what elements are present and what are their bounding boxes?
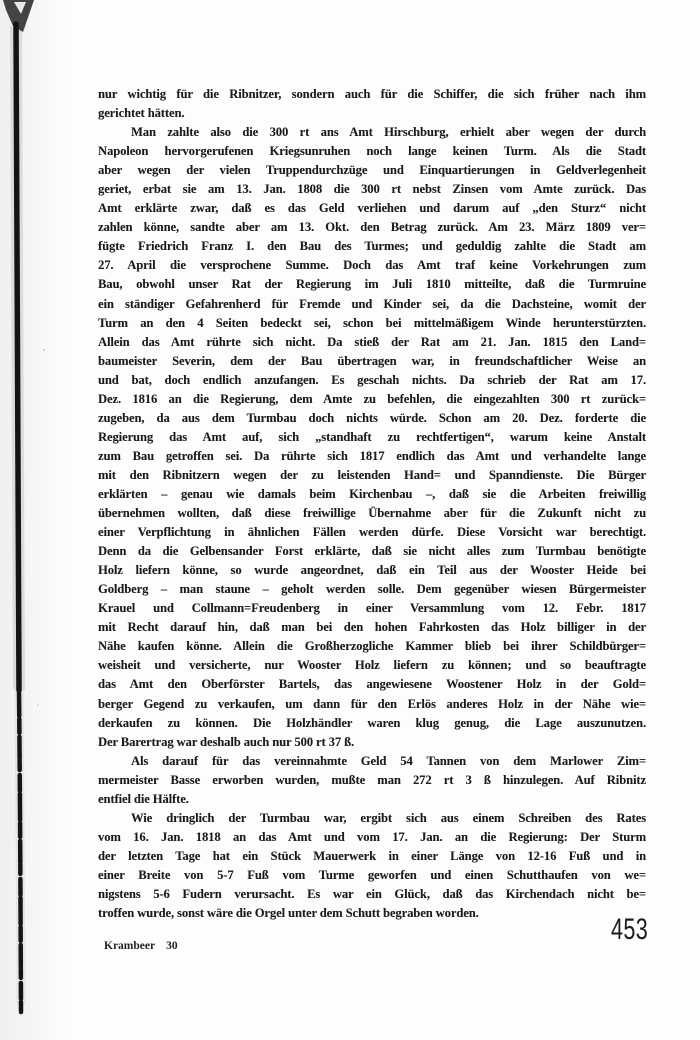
text-line: mit den Ribnitzern wegen der zu leistend…	[98, 466, 646, 485]
text-line: Holz liefern könne, so wurde angeordnet,…	[98, 561, 646, 580]
text-line: gerichtet hätten.	[98, 104, 646, 123]
text-line: nur wichtig für die Ribnitzer, sondern a…	[98, 85, 646, 104]
text-line: mit Recht darauf hin, daß man bei den ho…	[98, 618, 646, 637]
text-line: Dez. 1816 an die Regierung, dem Amte zu …	[98, 390, 646, 409]
text-line: erklärten – genau wie damals beim Kirche…	[98, 485, 646, 504]
printer-signature-line: Krambeer 30	[104, 940, 178, 952]
text-line: aber wegen der vielen Truppendurchzüge u…	[98, 161, 646, 180]
text-line: Als darauf für das vereinnahmte Geld 54 …	[98, 752, 646, 771]
text-line: weisheit und versicherte, nur Wooster Ho…	[98, 656, 646, 675]
text-line: geriet, erbat sie am 13. Jan. 1808 die 3…	[98, 180, 646, 199]
text-line: Amt erklärte zwar, daß es das Geld verli…	[98, 199, 646, 218]
page-number: 453	[611, 913, 648, 947]
text-line: einer Breite von 5-7 Fuß vom Turme gewor…	[98, 866, 646, 885]
text-line: und bat, doch endlich anzufangen. Es ges…	[98, 371, 646, 390]
text-line: Denn da die Gelbensander Forst erklärte,…	[98, 542, 646, 561]
text-line: einer Verpflichtung in ähnlichen Fällen …	[98, 523, 646, 542]
text-line: der letzten Tage hat ein Stück Mauerwerk…	[98, 847, 646, 866]
sheet-number: 30	[166, 940, 178, 952]
text-line: Regierung das Amt auf, sich „standhaft z…	[98, 428, 646, 447]
text-line: nigstens 5-6 Fudern verursacht. Es war e…	[98, 885, 646, 904]
text-line: Napoleon hervorgerufenen Kriegsunruhen n…	[98, 142, 646, 161]
text-line: Allein das Amt rührte sich nicht. Da sti…	[98, 333, 646, 352]
text-line: zugeben, da aus dem Turmbau doch nichts …	[98, 409, 646, 428]
text-line: baumeister Severin, dem der Bau übertrag…	[98, 352, 646, 371]
text-line: mermeister Basse erworben wurden, mußte …	[98, 771, 646, 790]
text-line: ein ständiger Gefahrenherd für Fremde un…	[98, 295, 646, 314]
text-line: Bau, obwohl unser Rat der Regierung im J…	[98, 275, 646, 294]
text-line: zahlen könne, sandte aber am 13. Okt. de…	[98, 218, 646, 237]
text-line: Wie dringlich der Turmbau war, ergibt si…	[98, 809, 646, 828]
text-line: Nähe kaufen könne. Allein die Großherzog…	[98, 637, 646, 656]
text-line: übernehmen wollten, daß diese freiwillig…	[98, 504, 646, 523]
text-line: das Amt den Oberförster Bartels, das ang…	[98, 675, 646, 694]
text-line: Man zahlte also die 300 rt ans Amt Hirsc…	[98, 123, 646, 142]
book-page-scan: nur wichtig für die Ribnitzer, sondern a…	[0, 0, 700, 1040]
text-line: fügte Friedrich Franz I. den Bau des Tur…	[98, 237, 646, 256]
text-line: Krauel und Collmann=Freudenberg in einer…	[98, 599, 646, 618]
page-text: nur wichtig für die Ribnitzer, sondern a…	[98, 85, 646, 923]
text-line: Goldberg – man staune – geholt werden so…	[98, 580, 646, 599]
text-line: zum Bau getroffen sei. Da rührte sich 18…	[98, 447, 646, 466]
text-line: Turm an den 4 Seiten bedeckt sei, schon …	[98, 314, 646, 333]
book-binding-scan-artifact	[0, 0, 60, 1040]
text-line: Der Barertrag war deshalb auch nur 500 r…	[98, 733, 646, 752]
text-line: vom 16. Jan. 1818 an das Amt und vom 17.…	[98, 828, 646, 847]
text-line: 27. April die versprochene Summe. Doch d…	[98, 256, 646, 275]
text-line: derkaufen zu können. Die Holzhändler war…	[98, 714, 646, 733]
text-line: entfiel die Hälfte.	[98, 790, 646, 809]
text-line: berger Gegend zu verkaufen, um dann für …	[98, 695, 646, 714]
text-line: troffen wurde, sonst wäre die Orgel unte…	[98, 904, 646, 923]
signature-name: Krambeer	[104, 940, 155, 952]
